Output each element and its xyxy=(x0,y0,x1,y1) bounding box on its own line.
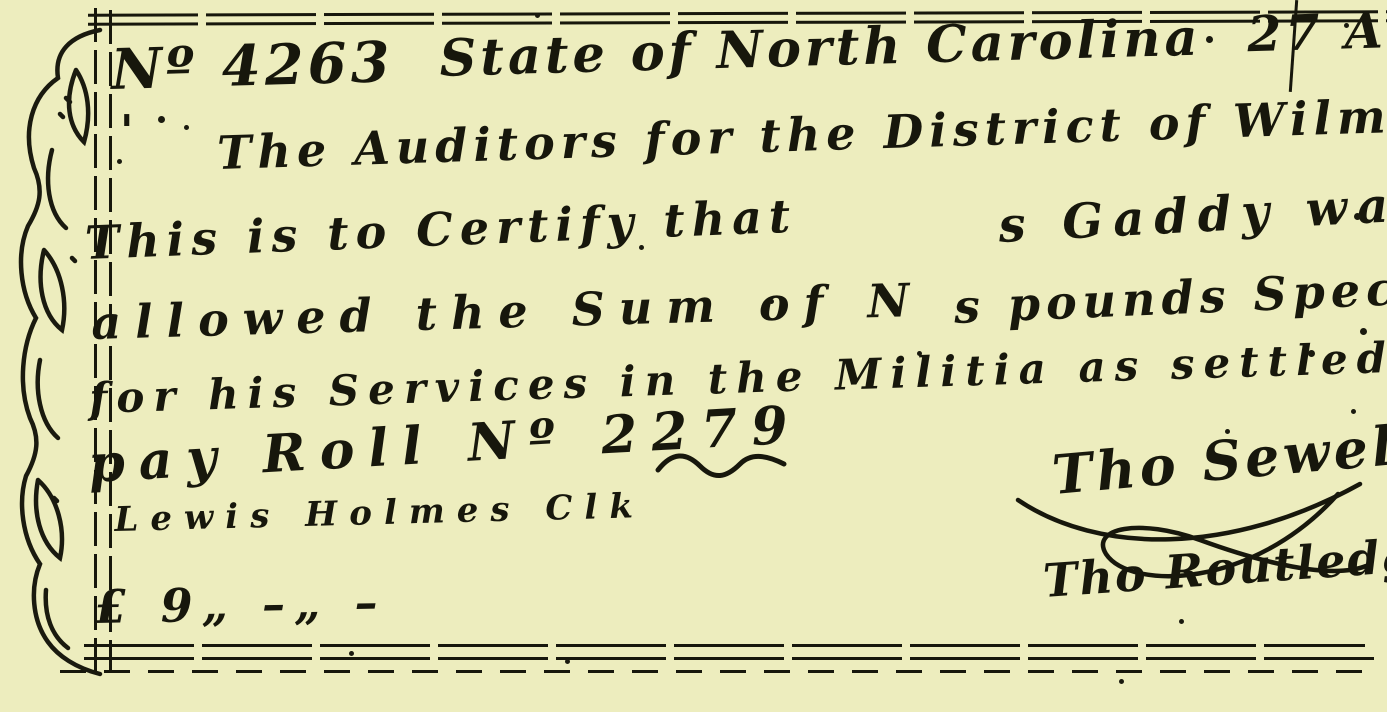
voucher-scan: Nº 4263 State of North Carolina 27 Aug 1… xyxy=(0,0,1387,712)
indenture-cut-edge xyxy=(14,28,104,676)
bottom-rule-1 xyxy=(84,644,1365,647)
sum-text-left: allowed the Sum of N xyxy=(91,275,924,349)
payee-name: s Gaddy was xyxy=(997,177,1387,253)
clerk-signature: Lewis Holmes Clk xyxy=(114,488,645,539)
ink-specks xyxy=(0,0,3,3)
bottom-rule-3 xyxy=(60,670,1370,673)
certify-text: This is to Certify that xyxy=(84,191,798,269)
margin-ink-mark: ' xyxy=(120,108,133,156)
issue-date: 27 Aug 1783 xyxy=(1247,0,1387,70)
amount-figure: £ 9„ –„ – xyxy=(94,577,387,633)
certificate-number: Nº 4263 xyxy=(110,32,394,101)
addressee-line: The Auditors for the District of Wilming… xyxy=(216,85,1387,179)
sum-text-right: s pounds Specie xyxy=(953,261,1387,333)
bottom-rule-2 xyxy=(84,657,1374,660)
pen-flourish xyxy=(656,448,786,482)
